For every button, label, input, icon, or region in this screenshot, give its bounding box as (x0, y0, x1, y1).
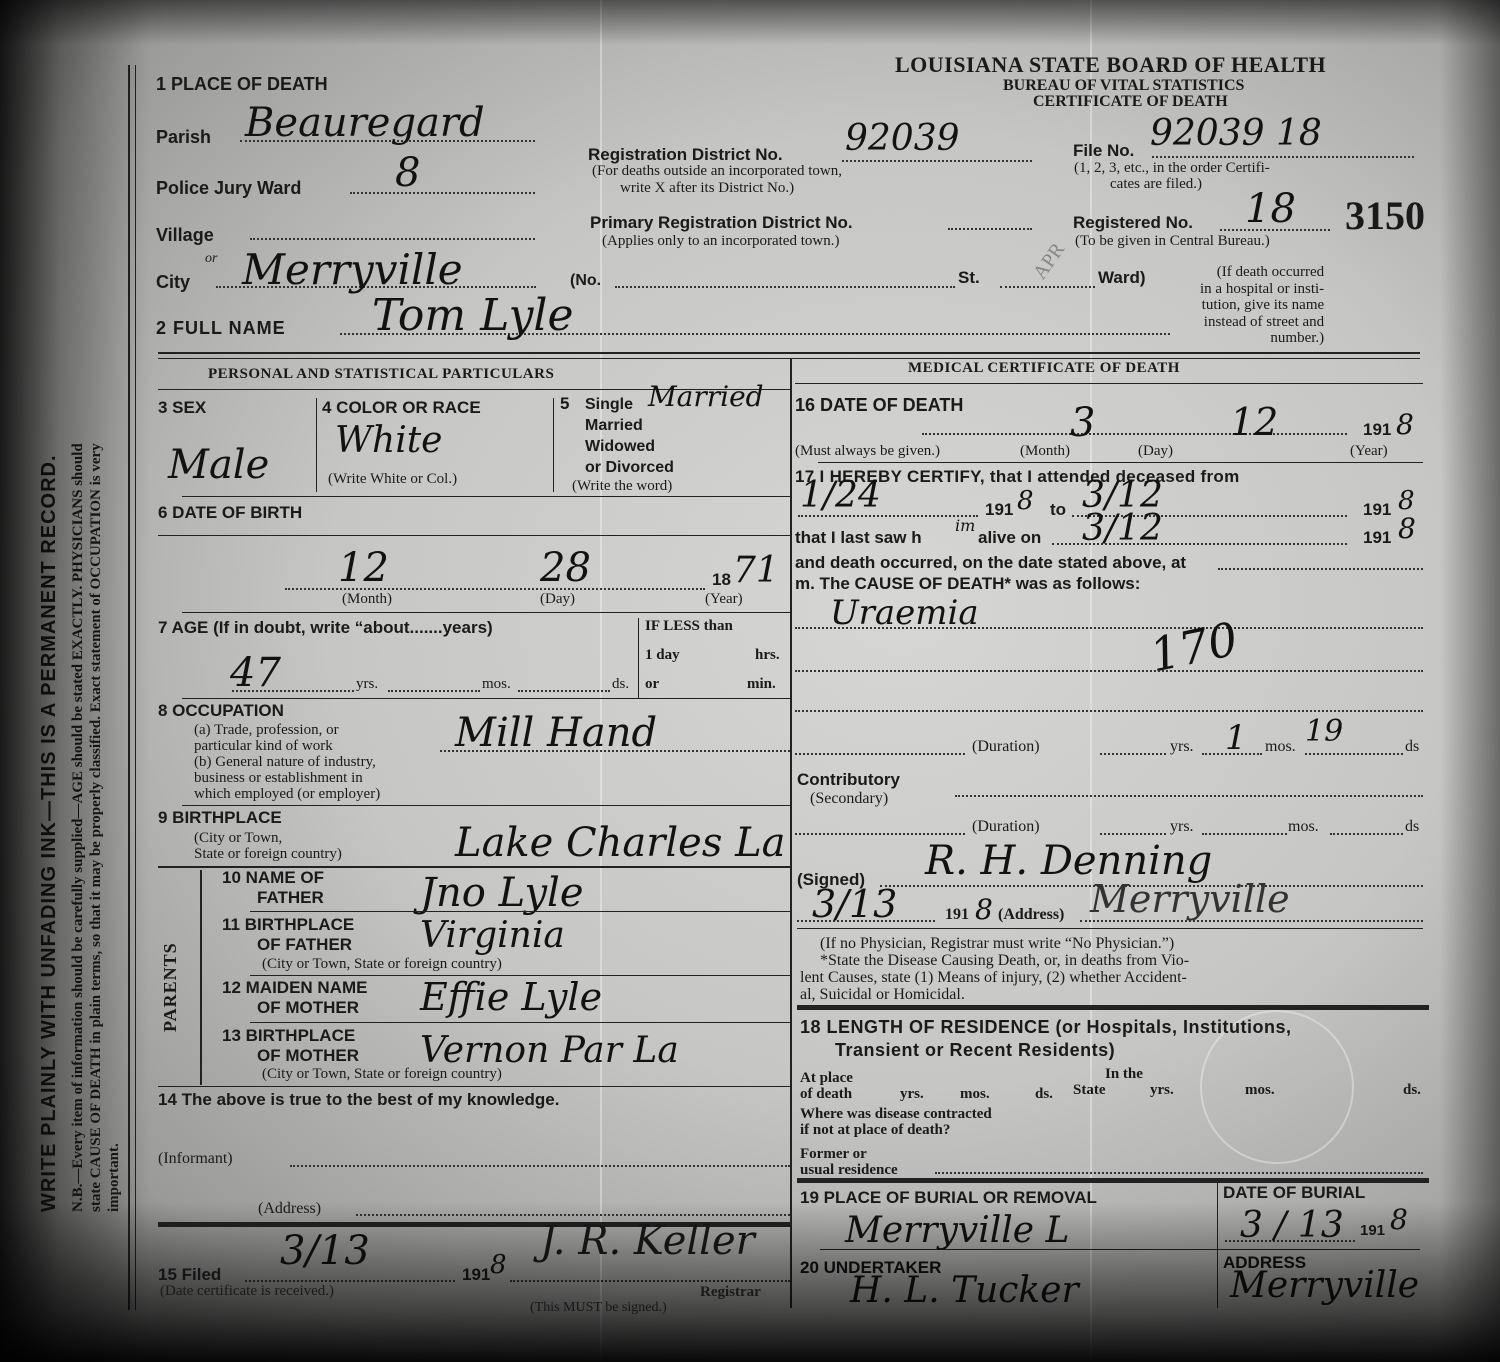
marital-number: 5 (560, 394, 569, 414)
mother-name-value: Effie Lyle (420, 975, 602, 1019)
burial-year-prefix: 191 (1360, 1222, 1385, 1239)
birth-year-value: 71 (733, 550, 779, 591)
day-caption: (Day) (540, 591, 575, 608)
mother-name-label: 12 MAIDEN NAME OF MOTHER (222, 978, 367, 1018)
attended-from-year: 8 (1017, 486, 1034, 516)
birthplace-note: (City or Town, State or foreign country) (194, 830, 342, 862)
signed-year: 8 (975, 893, 993, 926)
last-saw-year: 8 (1398, 512, 1416, 545)
medical-section-title: MEDICAL CERTIFICATE OF DEATH (908, 360, 1180, 377)
burial-date-value: 3 / 13 (1240, 1205, 1344, 1246)
parish-value: Beauregard (245, 100, 485, 146)
occupation-note: (a) Trade, profession, or particular kin… (194, 722, 380, 802)
paper-fold (600, 0, 602, 1362)
registration-district-label: Registration District No. (588, 145, 783, 165)
age-mos-caption: mos. (482, 676, 511, 693)
occupation-value: Mill Hand (455, 710, 657, 756)
registration-district-note: write X after its District No.) (620, 180, 794, 197)
year-caption: (Year) (705, 591, 743, 608)
death-certificate-scan: WRITE PLAINLY WITH UNFADING INK—THIS IS … (0, 0, 1500, 1362)
filed-year-prefix: 191 (462, 1265, 490, 1285)
margin-instruction-line: state CAUSE OF DEATH in plain terms, so … (88, 443, 105, 1212)
signed-year-prefix: 191 (945, 906, 969, 924)
column-divider (790, 358, 792, 1308)
personal-section-title: PERSONAL AND STATISTICAL PARTICULARS (208, 366, 554, 383)
father-name-label: 10 NAME OF FATHER (222, 868, 324, 908)
or-label: or (205, 251, 217, 267)
date-of-birth-label: 6 DATE OF BIRTH (158, 503, 302, 523)
sex-value: Male (168, 442, 269, 488)
mother-birthplace-label: 13 BIRTHPLACE OF MOTHER (222, 1026, 359, 1066)
month-caption: (Month) (342, 591, 392, 608)
institution-note: (If death occurred in a hospital or inst… (1200, 264, 1324, 347)
death-day-value: 12 (1230, 400, 1278, 444)
certificate-title: CERTIFICATE OF DEATH (1033, 93, 1228, 111)
death-month-caption: (Month) (1020, 443, 1070, 460)
less-than-label: IF LESS than (645, 618, 733, 635)
cause-duration-months: 1 (1225, 718, 1247, 758)
last-saw-pronoun: im (955, 516, 975, 535)
date-of-death-label: 16 DATE OF DEATH (795, 395, 963, 416)
date-of-death-note: (Must always be given.) (795, 443, 940, 460)
filed-label: 15 Filed (158, 1265, 221, 1285)
at-place-mos: mos. (960, 1086, 990, 1103)
marital-note: (Write the word) (572, 478, 672, 495)
attended-to-year-prefix: 191 (1363, 500, 1391, 520)
residence-label-cont: Transient or Recent Residents) (835, 1040, 1115, 1061)
disease-contracted-label: Where was disease contracted if not at p… (800, 1106, 992, 1138)
registered-number-note: (To be given in Central Bureau.) (1075, 233, 1270, 250)
last-saw-label: that I last saw h (795, 528, 922, 548)
in-state-mos: mos. (1245, 1082, 1275, 1099)
cause-footnote: lent Causes, state (1) Means of injury, … (800, 969, 1187, 987)
in-state-label: State (1073, 1082, 1106, 1099)
cause-of-death-label: m. The CAUSE OF DEATH* was as follows: (795, 574, 1140, 594)
frame-line (128, 65, 130, 1310)
sex-label: 3 SEX (158, 398, 206, 418)
death-year-prefix: 191 (1363, 420, 1391, 440)
to-label: to (1050, 500, 1066, 520)
age-yrs-caption: yrs. (356, 676, 378, 693)
frame-line (135, 65, 136, 1310)
last-saw-year-prefix: 191 (1363, 528, 1391, 548)
burial-place-label: 19 PLACE OF BURIAL OR REMOVAL (800, 1188, 1097, 1208)
cause-duration-yrs: yrs. (1170, 738, 1194, 756)
at-place-yrs: yrs. (900, 1086, 924, 1103)
cause-duration-mos: mos. (1265, 738, 1296, 756)
signed-date-value: 3/13 (812, 882, 897, 926)
at-place-label: At place of death (800, 1070, 853, 1102)
filed-date-value: 3/13 (280, 1228, 370, 1274)
file-number-label: File No. (1073, 141, 1134, 161)
informant-field (290, 1165, 790, 1167)
burial-date-label: DATE OF BURIAL (1223, 1183, 1365, 1203)
marital-status-value: Married (648, 380, 764, 413)
contributory-duration-yrs: yrs. (1170, 818, 1194, 836)
at-place-ds: ds. (1035, 1086, 1053, 1103)
city-label: City (156, 272, 190, 293)
registered-number-label: Registered No. (1073, 213, 1193, 233)
paper-fold (1090, 0, 1092, 1362)
birth-month-value: 12 (338, 545, 389, 591)
agency-title: LOUISIANA STATE BOARD OF HEALTH (895, 52, 1326, 78)
burial-place-value: Merryville L (845, 1210, 1069, 1251)
registrar-signature: J. R. Keller (540, 1218, 755, 1264)
informant-statement: 14 The above is true to the best of my k… (158, 1090, 559, 1110)
birthplace-label: 9 BIRTHPLACE (158, 808, 282, 828)
or-caption: or (645, 676, 659, 693)
in-state-yrs: yrs. (1150, 1082, 1174, 1099)
filed-note: (Date certificate is received.) (160, 1283, 334, 1300)
physician-address-label: (Address) (998, 906, 1064, 924)
cause-duration-label: (Duration) (972, 738, 1040, 756)
margin-instruction-ink: WRITE PLAINLY WITH UNFADING INK—THIS IS … (38, 454, 61, 1212)
birthplace-value: Lake Charles La (455, 820, 786, 866)
parish-label: Parish (156, 127, 211, 148)
street-number-label: (No. (570, 272, 601, 290)
cause-footnote: al, Suicidal or Homicidal. (800, 986, 965, 1004)
registration-district-note: (For deaths outside an incorporated town… (592, 163, 842, 180)
informant-address-label: (Address) (258, 1200, 321, 1218)
age-ds-caption: ds. (612, 676, 629, 693)
contributory-label: Contributory (797, 770, 900, 790)
cause-duration-ds: ds (1405, 738, 1419, 756)
informant-address-field (356, 1214, 790, 1216)
file-number-value: 92039 18 (1150, 113, 1322, 154)
full-name-value: Tom Lyle (372, 290, 574, 341)
birth-year-prefix: 18 (712, 570, 731, 590)
birth-day-value: 28 (540, 545, 591, 591)
city-value: Merryville (242, 245, 463, 294)
one-day-label: 1 day (645, 647, 680, 664)
primary-district-label: Primary Registration District No. (590, 213, 853, 233)
place-of-death-heading: 1 PLACE OF DEATH (156, 74, 328, 95)
in-state-ds: ds. (1403, 1082, 1421, 1099)
registered-number-handwritten: 18 (1245, 186, 1296, 232)
attended-from-year-prefix: 191 (985, 500, 1013, 520)
alive-on-label: alive on (978, 528, 1041, 548)
min-caption: min. (747, 676, 776, 693)
registered-number-stamped: 3150 (1345, 192, 1425, 239)
margin-instruction-line: N.B.—Every item of information should be… (70, 443, 87, 1212)
death-day-caption: (Day) (1138, 443, 1173, 460)
no-physician-note: (If no Physician, Registrar must write “… (820, 935, 1174, 953)
cause-footnote: *State the Disease Causing Death, or, in… (820, 952, 1189, 970)
primary-district-note: (Applies only to an incorporated town.) (602, 233, 839, 250)
file-number-note: (1, 2, 3, etc., in the order Certifi- (1074, 160, 1270, 177)
former-residence-label: Former or usual residence (800, 1146, 898, 1178)
occupation-label: 8 OCCUPATION (158, 701, 284, 721)
father-birthplace-value: Virginia (420, 915, 565, 956)
contributory-duration-label: (Duration) (972, 818, 1040, 836)
physician-address-value: Merryville (1090, 877, 1290, 921)
street-label: St. (958, 268, 980, 288)
father-birthplace-note: (City or Town, State or foreign country) (262, 956, 502, 973)
contributory-duration-ds: ds (1405, 818, 1419, 836)
secondary-label: (Secondary) (810, 790, 888, 808)
contributory-duration-mos: mos. (1288, 818, 1319, 836)
margin-instruction-line: important. (106, 1143, 123, 1212)
undertaker-address-value: Merryville (1230, 1265, 1419, 1306)
full-name-label: 2 FULL NAME (156, 318, 286, 339)
informant-label: (Informant) (158, 1150, 233, 1168)
father-birthplace-label: 11 BIRTHPLACE OF FATHER (222, 915, 354, 955)
filed-year-value: 8 (490, 1250, 507, 1280)
residence-label: 18 LENGTH OF RESIDENCE (or Hospitals, In… (800, 1017, 1292, 1038)
registration-district-value: 92039 (845, 118, 960, 159)
father-name-value: Jno Lyle (420, 870, 584, 916)
race-value: White (335, 420, 442, 461)
hrs-caption: hrs. (755, 647, 780, 664)
received-stamp: APR (1029, 239, 1070, 284)
mother-birthplace-value: Vernon Par La (420, 1030, 679, 1071)
village-label: Village (156, 225, 214, 246)
parents-side-label: PARENTS (160, 942, 181, 1032)
mother-birthplace-note: (City or Town, State or foreign country) (262, 1066, 502, 1083)
attended-from-value: 1/24 (800, 475, 881, 516)
ward-label: Ward) (1098, 268, 1146, 288)
file-number-note: cates are filed.) (1110, 176, 1202, 193)
death-year-value: 8 (1396, 408, 1414, 441)
death-occurred-text: and death occurred, on the date stated a… (795, 553, 1186, 573)
cause-duration-days: 19 (1305, 714, 1343, 749)
undertaker-value: H. L. Tucker (850, 1270, 1079, 1311)
race-label: 4 COLOR OR RACE (322, 398, 481, 418)
registrar-label: Registrar (700, 1284, 761, 1301)
age-label: 7 AGE (If in doubt, write “about.......y… (158, 618, 493, 638)
last-saw-date: 3/12 (1082, 508, 1163, 549)
race-note: (Write White or Col.) (328, 471, 457, 488)
death-year-caption: (Year) (1350, 443, 1388, 460)
in-the-label: In the (1105, 1066, 1143, 1083)
registrar-note: (This MUST be signed.) (530, 1300, 667, 1316)
police-jury-ward-label: Police Jury Ward (156, 178, 301, 199)
death-month-value: 3 (1070, 400, 1095, 446)
burial-year: 8 (1390, 1203, 1408, 1236)
registrar-signature-field (510, 1280, 790, 1282)
police-jury-ward-value: 8 (395, 150, 420, 196)
